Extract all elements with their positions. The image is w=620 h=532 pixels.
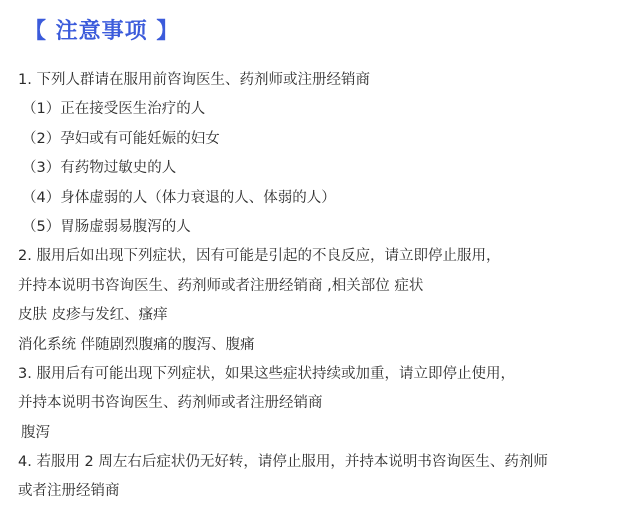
item-4-continued: 或者注册经销商 [18,477,618,506]
item-3-continued: 并持本说明书咨询医生、药剂师或者注册经销商 [18,389,618,418]
item-1-sub-3: （3）有药物过敏史的人 [18,154,618,183]
notice-heading: 【 注意事项 】 [24,14,179,45]
item-2-intro: 2. 服用后如出现下列症状，因有可能是引起的不良反应，请立即停止服用， [18,242,618,271]
item-1-sub-4: （4）身体虚弱的人（体力衰退的人、体弱的人） [18,184,618,213]
item-1-sub-2: （2）孕妇或有可能妊娠的妇女 [18,125,618,154]
item-1-sub-5: （5）胃肠虚弱易腹泻的人 [18,213,618,242]
item-3-symptom: 腹泻 [18,419,618,448]
item-2-skin-symptoms: 皮肤 皮疹与发红、瘙痒 [18,301,618,330]
item-4-intro: 4. 若服用 2 周左右后症状仍无好转，请停止服用，并持本说明书咨询医生、药剂师 [18,448,618,477]
item-2-digestive-symptoms: 消化系统 伴随剧烈腹痛的腹泻、腹痛 [18,331,618,360]
notice-content: 1. 下列人群请在服用前咨询医生、药剂师或注册经销商 （1）正在接受医生治疗的人… [18,66,618,507]
item-3-intro: 3. 服用后有可能出现下列症状，如果这些症状持续或加重，请立即停止使用， [18,360,618,389]
item-1-intro: 1. 下列人群请在服用前咨询医生、药剂师或注册经销商 [18,66,618,95]
item-2-continued: 并持本说明书咨询医生、药剂师或者注册经销商 ,相关部位 症状 [18,272,618,301]
item-1-sub-1: （1）正在接受医生治疗的人 [18,95,618,124]
